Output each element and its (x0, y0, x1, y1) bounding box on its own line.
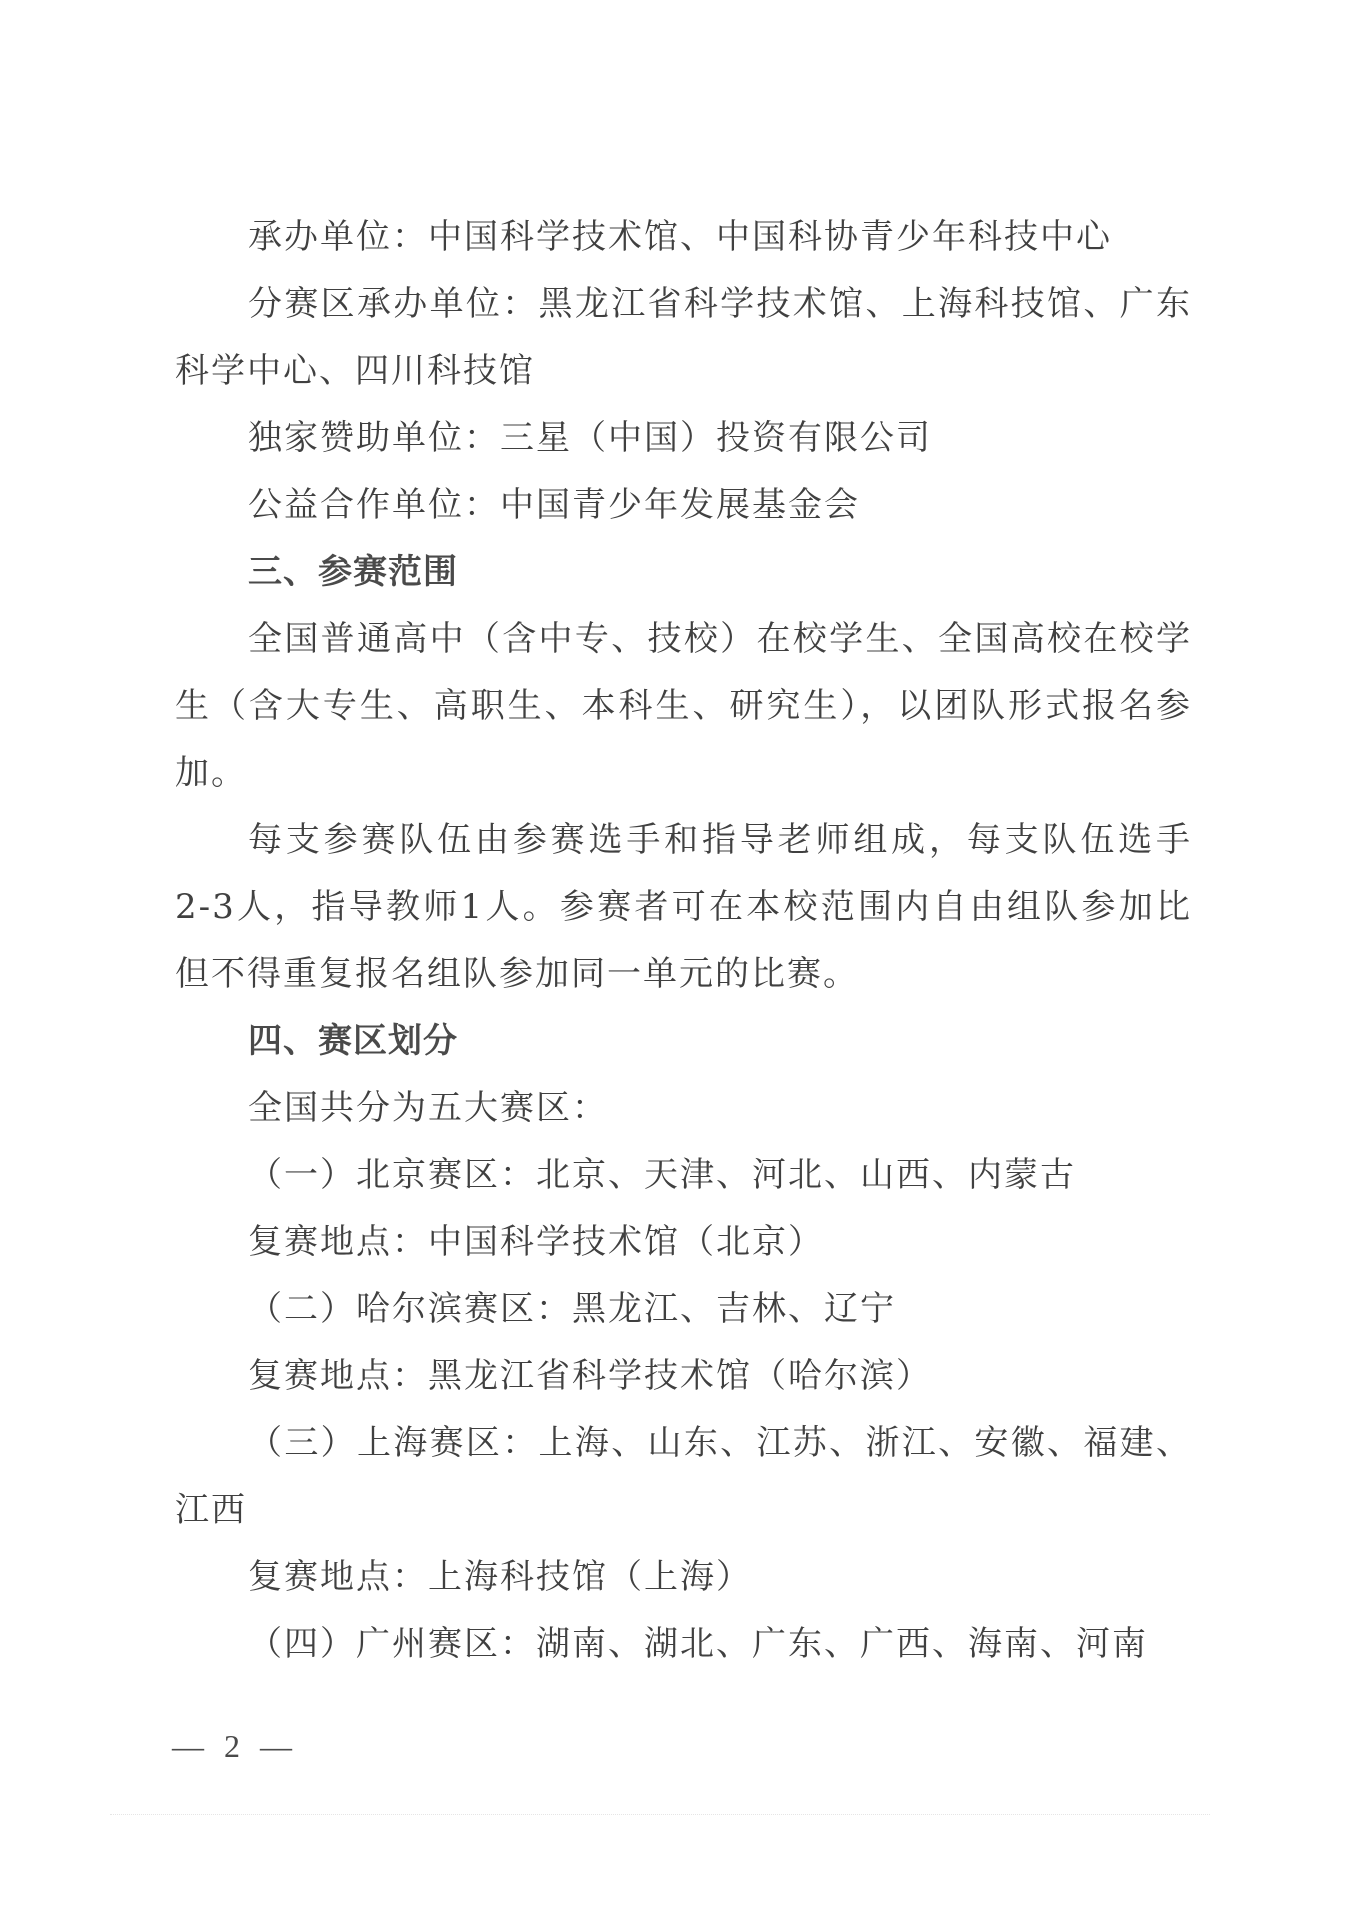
region-shanghai: （三）上海赛区：上海、山东、江苏、浙江、安徽、福建、 (248, 1421, 1192, 1465)
team-paragraph-line: 但不得重复报名组队参加同一单元的比赛。 (175, 952, 859, 996)
scan-artifact-divider (110, 1814, 1210, 1815)
region-shanghai-venue: 复赛地点：上海科技馆（上海） (248, 1555, 752, 1599)
team-paragraph-line: 2-3人，指导教师1人。参赛者可在本校范围内自由组队参加比赛， (175, 885, 1192, 929)
division-host-line-cont: 科学中心、四川科技馆 (175, 349, 535, 393)
region-beijing: （一）北京赛区：北京、天津、河北、山西、内蒙古 (248, 1153, 1076, 1197)
regions-intro: 全国共分为五大赛区： (248, 1086, 608, 1130)
organizer-host-line: 承办单位：中国科学技术馆、中国科协青少年科技中心 (248, 215, 1112, 259)
section-heading-scope: 三、参赛范围 (248, 550, 458, 594)
region-guangzhou: （四）广州赛区：湖南、湖北、广东、广西、海南、河南 (248, 1622, 1148, 1666)
scope-paragraph-line: 加。 (175, 751, 247, 795)
team-paragraph-line: 每支参赛队伍由参赛选手和指导老师组成，每支队伍选手 (248, 818, 1192, 862)
page-number: — 2 — (172, 1726, 298, 1766)
document-page: 承办单位：中国科学技术馆、中国科协青少年科技中心 分赛区承办单位：黑龙江省科学技… (0, 0, 1371, 1919)
scope-paragraph-line: 生（含大专生、高职生、本科生、研究生），以团队形式报名参 (175, 684, 1192, 728)
sponsor-line: 独家赞助单位：三星（中国）投资有限公司 (248, 416, 932, 460)
partner-line: 公益合作单位：中国青少年发展基金会 (248, 483, 860, 527)
division-host-line: 分赛区承办单位：黑龙江省科学技术馆、上海科技馆、广东 (248, 282, 1192, 326)
region-beijing-venue: 复赛地点：中国科学技术馆（北京） (248, 1220, 824, 1264)
region-harbin: （二）哈尔滨赛区：黑龙江、吉林、辽宁 (248, 1287, 896, 1331)
section-heading-regions: 四、赛区划分 (248, 1019, 458, 1063)
region-harbin-venue: 复赛地点：黑龙江省科学技术馆（哈尔滨） (248, 1354, 932, 1398)
scope-paragraph-line: 全国普通高中（含中专、技校）在校学生、全国高校在校学 (248, 617, 1192, 661)
region-shanghai-cont: 江西 (175, 1488, 247, 1532)
